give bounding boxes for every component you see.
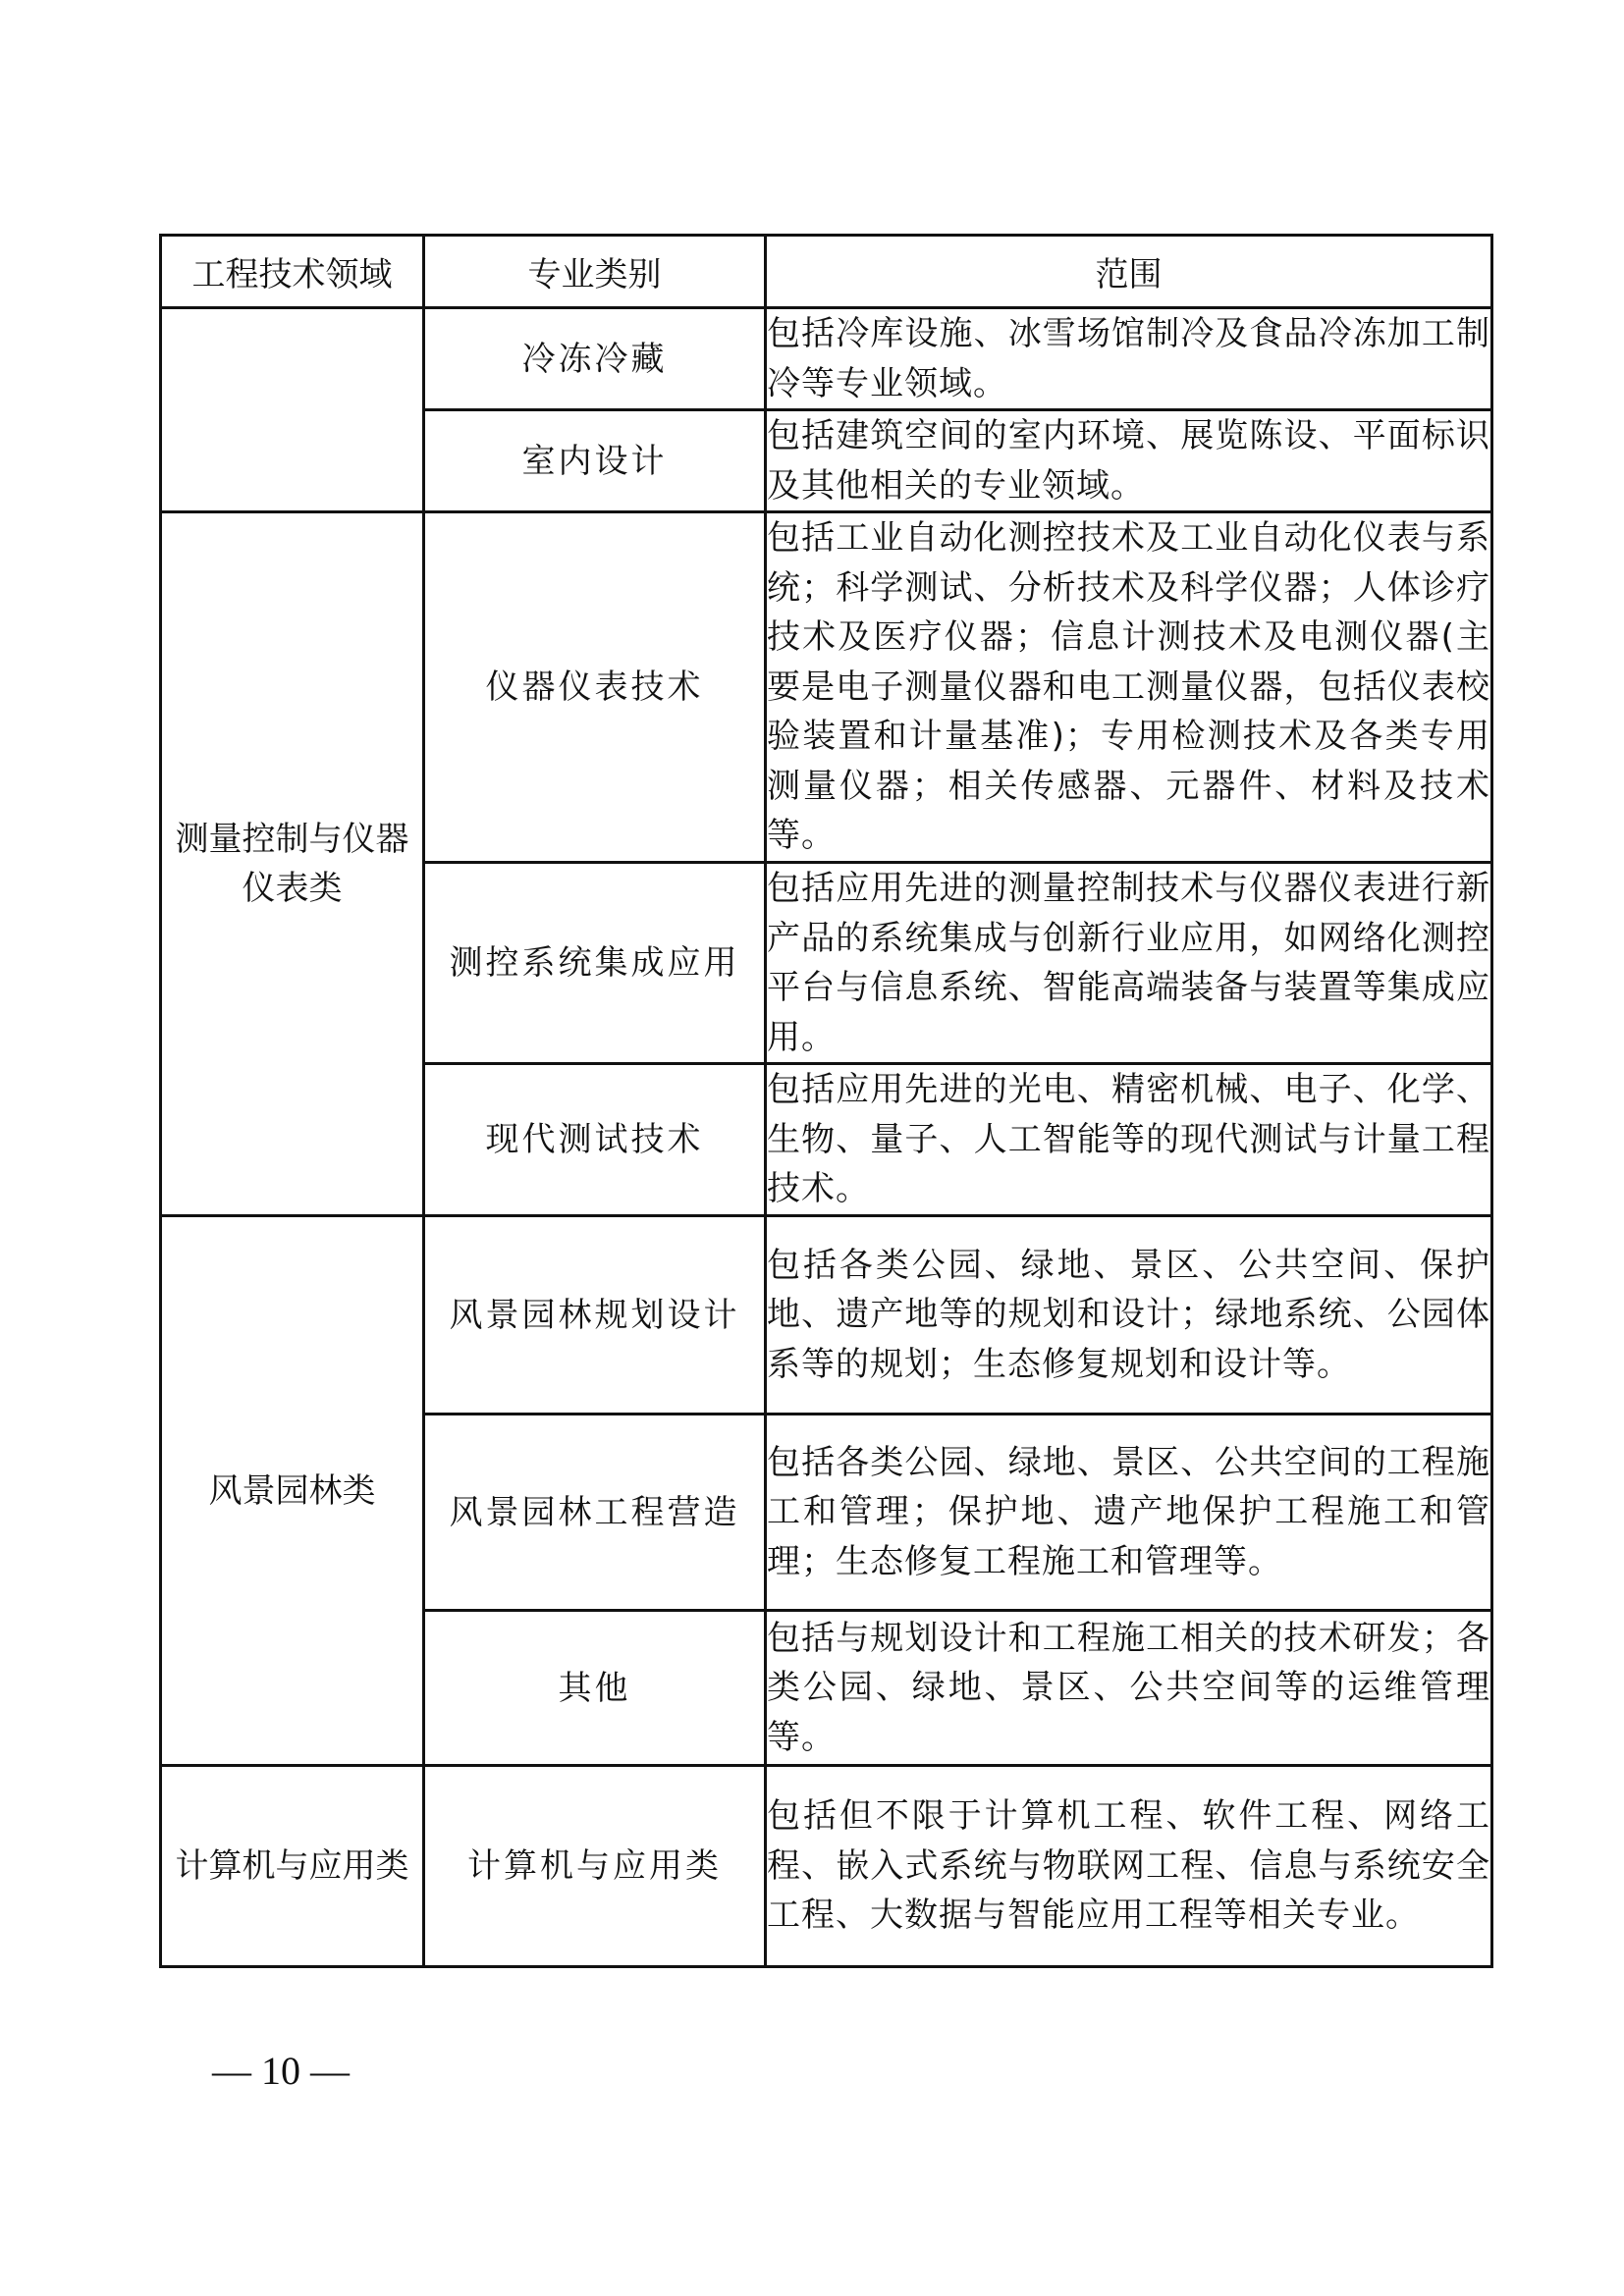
table-row: 冷冻冷藏包括冷库设施、冰雪场馆制冷及食品冷冻加工制冷等专业领域。: [161, 308, 1492, 410]
scope-cell: 包括与规划设计和工程施工相关的技术研发；各类公园、绿地、景区、公共空间等的运维管…: [766, 1611, 1492, 1766]
scope-cell: 包括冷库设施、冰雪场馆制冷及食品冷冻加工制冷等专业领域。: [766, 308, 1492, 410]
specialty-category-cell: 测控系统集成应用: [424, 863, 766, 1064]
specialty-category-cell: 冷冻冷藏: [424, 308, 766, 410]
scope-cell: 包括应用先进的测量控制技术与仪器仪表进行新产品的系统集成与创新行业应用，如网络化…: [766, 863, 1492, 1064]
table-row: 计算机与应用类计算机与应用类包括但不限于计算机工程、软件工程、网络工程、嵌入式系…: [161, 1766, 1492, 1967]
specialty-table: 工程技术领域 专业类别 范围 冷冻冷藏包括冷库设施、冰雪场馆制冷及食品冷冻加工制…: [159, 234, 1493, 1968]
specialty-category-cell: 风景园林工程营造: [424, 1415, 766, 1611]
scope-cell: 包括各类公园、绿地、景区、公共空间、保护地、遗产地等的规划和设计；绿地系统、公园…: [766, 1216, 1492, 1415]
header-scope: 范围: [766, 236, 1492, 308]
table-row: 风景园林类风景园林规划设计包括各类公园、绿地、景区、公共空间、保护地、遗产地等的…: [161, 1216, 1492, 1415]
table-body: 冷冻冷藏包括冷库设施、冰雪场馆制冷及食品冷冻加工制冷等专业领域。室内设计包括建筑…: [161, 308, 1492, 1967]
engineering-field-cell: 测量控制与仪器仪表类: [161, 512, 424, 1216]
specialty-category-cell: 其他: [424, 1611, 766, 1766]
scope-cell: 包括应用先进的光电、精密机械、电子、化学、生物、量子、人工智能等的现代测试与计量…: [766, 1064, 1492, 1216]
scope-cell: 包括但不限于计算机工程、软件工程、网络工程、嵌入式系统与物联网工程、信息与系统安…: [766, 1766, 1492, 1967]
scope-cell: 包括建筑空间的室内环境、展览陈设、平面标识及其他相关的专业领域。: [766, 410, 1492, 512]
scope-cell: 包括各类公园、绿地、景区、公共空间的工程施工和管理；保护地、遗产地保护工程施工和…: [766, 1415, 1492, 1611]
table-row: 测量控制与仪器仪表类仪器仪表技术包括工业自动化测控技术及工业自动化仪表与系统；科…: [161, 512, 1492, 863]
header-category: 专业类别: [424, 236, 766, 308]
engineering-field-cell: 风景园林类: [161, 1216, 424, 1766]
specialty-category-cell: 室内设计: [424, 410, 766, 512]
header-field: 工程技术领域: [161, 236, 424, 308]
table-header-row: 工程技术领域 专业类别 范围: [161, 236, 1492, 308]
engineering-field-cell: [161, 308, 424, 512]
specialty-category-cell: 仪器仪表技术: [424, 512, 766, 863]
page-number: — 10 —: [212, 2048, 350, 2094]
specialty-category-cell: 风景园林规划设计: [424, 1216, 766, 1415]
engineering-field-cell: 计算机与应用类: [161, 1766, 424, 1967]
specialty-category-cell: 现代测试技术: [424, 1064, 766, 1216]
specialty-category-cell: 计算机与应用类: [424, 1766, 766, 1967]
scope-cell: 包括工业自动化测控技术及工业自动化仪表与系统；科学测试、分析技术及科学仪器；人体…: [766, 512, 1492, 863]
